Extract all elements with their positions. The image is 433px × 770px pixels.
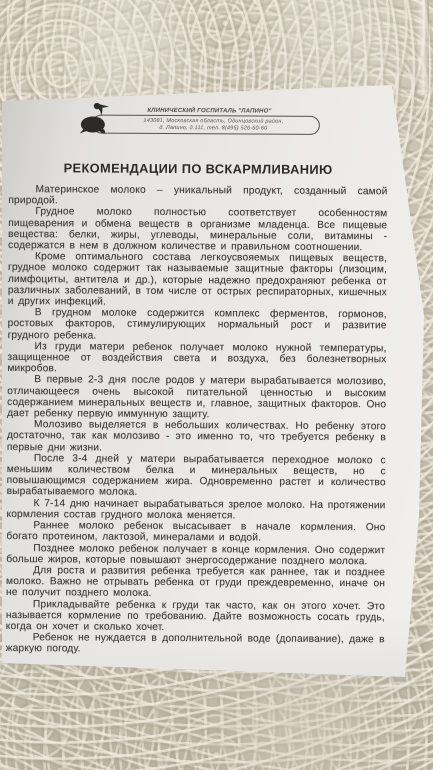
clinic-address-line1: 143081, Московская область, Одинцовский …: [114, 118, 312, 126]
paragraph: После 3-4 дней у матери вырабатывается п…: [7, 453, 386, 500]
paragraph: Материнское молоко – уникальный продукт,…: [8, 184, 387, 209]
document-body: Материнское молоко – уникальный продукт,…: [6, 184, 388, 657]
paragraph: Из груди матери ребенок получает молоко …: [7, 341, 386, 377]
paragraph: К 7-14 дню начинает вырабатываться зрело…: [6, 498, 385, 523]
paragraph: Позднее молоко ребенок получает в конце …: [6, 542, 385, 567]
document-title: РЕКОМЕНДАЦИИ ПО ВСКАРМЛИВАНИЮ: [9, 160, 388, 177]
paragraph: В грудном молоке содержится комплекс фер…: [8, 307, 387, 343]
letterhead-oval: 143081, Московская область, Одинцовский …: [91, 115, 319, 135]
paragraph: Раннее молоко ребенок высасывает в начал…: [6, 520, 385, 545]
clinic-address-line2: д. Лапино, д.111, тел. 8(495) 526-60-60: [114, 124, 312, 132]
paragraph: Молозиво выделяется в небольших количест…: [7, 419, 386, 455]
paragraph: Кроме оптимального состава легкоусвояемы…: [8, 251, 387, 309]
paragraph: В первые 2-3 дня после родов у матери вы…: [7, 374, 386, 421]
paragraph: Ребенок не нуждается в дополнительной во…: [6, 632, 385, 657]
letterhead: КЛИНИЧЕСКИЙ ГОСПИТАЛЬ "ЛАПИНО" 143081, М…: [77, 107, 319, 146]
document-content: КЛИНИЧЕСКИЙ ГОСПИТАЛЬ "ЛАПИНО" 143081, М…: [6, 103, 388, 657]
paragraph: Для роста и развития ребенка требуется к…: [6, 565, 385, 601]
stork-logo-icon: [75, 100, 117, 140]
photo-of-document: КЛИНИЧЕСКИЙ ГОСПИТАЛЬ "ЛАПИНО" 143081, М…: [0, 0, 433, 770]
fabric-seam: [417, 0, 429, 95]
paragraph: Грудное молоко полностью соответствует о…: [8, 206, 387, 253]
paragraph: Прикладывайте ребенка к груди так часто,…: [6, 599, 385, 635]
paper-sheet: КЛИНИЧЕСКИЙ ГОСПИТАЛЬ "ЛАПИНО" 143081, М…: [0, 85, 426, 678]
